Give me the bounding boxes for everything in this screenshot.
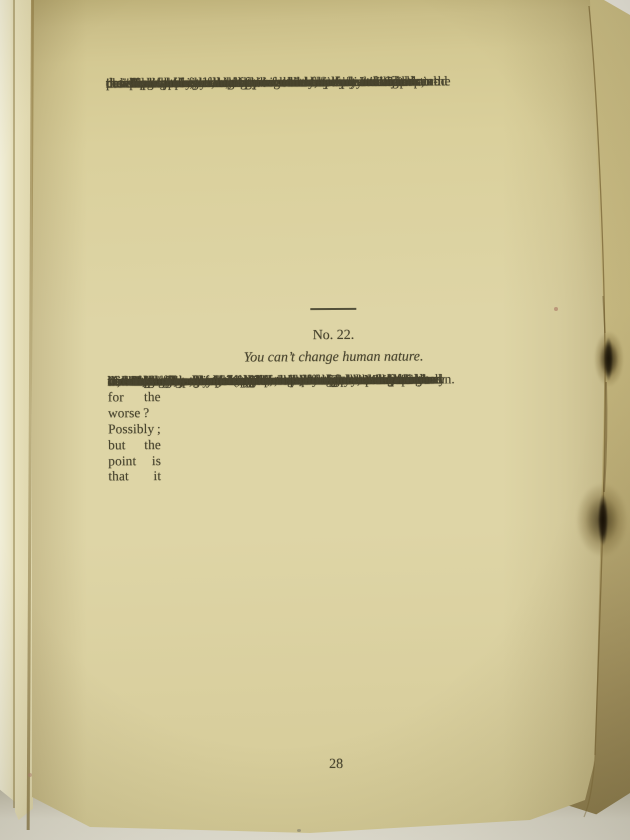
page-body-text: To begin with, let me point out that I a…: [108, 371, 560, 374]
page-number: 28: [110, 756, 562, 775]
section-divider: [310, 308, 356, 310]
section-number: No. 22.: [107, 326, 559, 346]
page-text: the creative force behind the whole comp…: [0, 0, 630, 840]
text-line-segment: A change for the worse ? Possibly ; but …: [108, 373, 161, 485]
text-line: development from the complex centre back…: [106, 73, 416, 91]
text-line: parts.: [106, 75, 136, 91]
book-photo: the creative force behind the whole comp…: [0, 0, 630, 840]
section-title: You can’t change human nature.: [108, 348, 560, 368]
text-line: To sum up, then : (1) Human nature does …: [108, 371, 423, 389]
page-top-text: the creative force behind the whole comp…: [106, 73, 558, 76]
